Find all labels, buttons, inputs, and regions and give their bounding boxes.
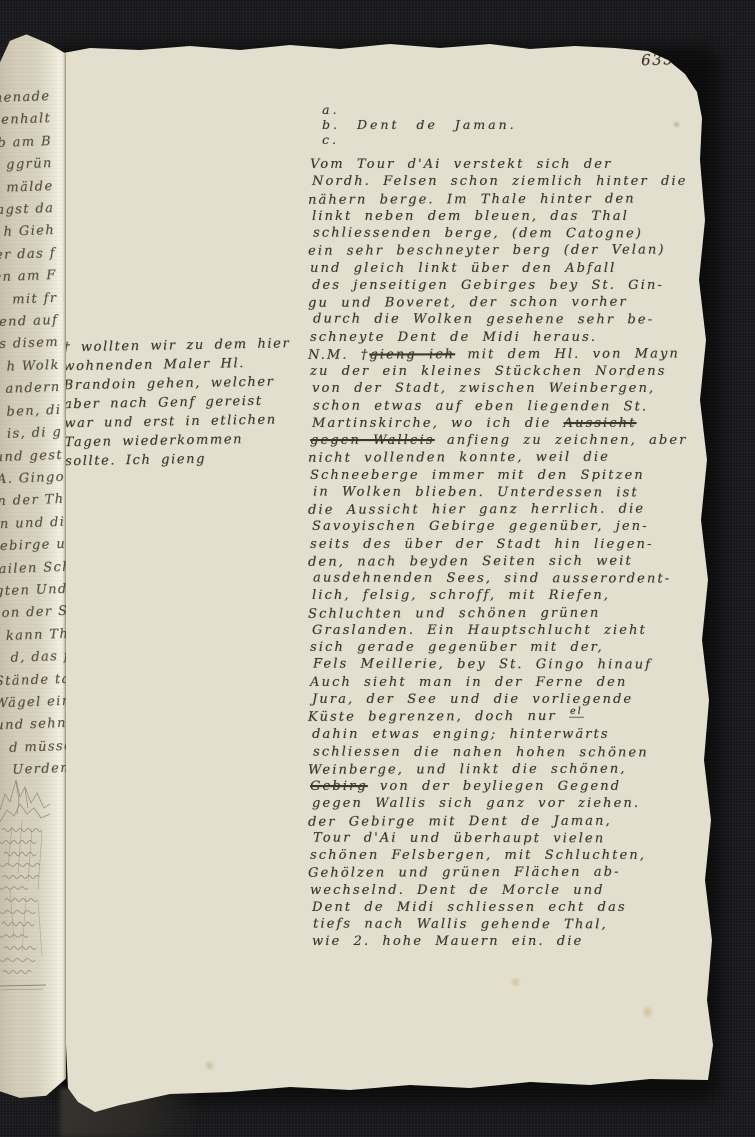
fragment-line: ggrün <box>0 153 53 178</box>
main-text-block: Vom Tour d'Ai verstekt sich derNordh. Fe… <box>310 156 712 951</box>
fragment-line: en und di <box>0 511 66 536</box>
fragment-line: is disem <box>0 332 59 357</box>
manuscript-line: der Gebirge mit Dent de Jaman, <box>308 812 710 831</box>
fragment-line: ib am B <box>0 131 52 156</box>
mountain-landscape-sketch <box>0 770 52 998</box>
manuscript-line: Vom Tour d'Ai verstekt sich der <box>310 156 712 173</box>
margin-note-line: sollte. Ich gieng <box>65 448 315 471</box>
manuscript-line: ausdehnenden Sees, sind ausserordent- <box>313 569 715 587</box>
fragment-line: Wägel ein <box>0 691 66 716</box>
manuscript-line: N.M. †gieng ich mit dem Hl. von Mayn <box>308 345 710 364</box>
fragment-line: romenade <box>0 86 51 111</box>
fragment-line: is, di g <box>0 422 63 447</box>
manuscript-line: nicht vollenden konnte, weil die <box>308 449 710 468</box>
manuscript-line: Tour d'Ai und überhaupt vielen <box>313 829 715 847</box>
manuscript-line: Nordh. Felsen schon ziemlich hinter die <box>312 173 714 190</box>
manuscript-line: wie 2. hohe Mauern ein. die <box>312 933 714 950</box>
manuscript-line: gegen Wallis sich ganz vor ziehen. <box>312 795 714 812</box>
margin-note: † wollten wir zu dem hierwohnenden Maler… <box>63 334 315 471</box>
fragment-line: Gebirge u <box>0 534 66 559</box>
heading-line: a. <box>322 102 517 117</box>
foxing-stain <box>203 1060 216 1071</box>
manuscript-line: den, nach beyden Seiten sich weit <box>308 552 710 571</box>
fragment-line: von der S <box>0 601 66 626</box>
fragment-line: mit fr <box>0 288 58 313</box>
manuscript-line: sich gerade gegenüber mit der, <box>310 639 712 656</box>
manuscript-line: nähern berge. Im Thale hinter den <box>308 190 710 209</box>
heading-line: c. <box>322 132 517 147</box>
manuscript-line: Schluchten und schönen grünen <box>308 604 710 623</box>
manuscript-line: dahin etwas enging; hinterwärts <box>312 726 714 743</box>
previous-page-edge: romenadentenhaltib am Bggrünmäldeagst da… <box>0 28 66 1100</box>
fragment-line: en am F <box>0 265 57 290</box>
manuscript-line: ein sehr beschneyter berg (der Velan) <box>308 242 710 261</box>
foxing-stain <box>509 977 522 987</box>
manuscript-line: schliessenden berge, (dem Catogne) <box>313 224 715 242</box>
manuscript-line: schönen Felsbergen, mit Schluchten, <box>310 847 712 864</box>
fragment-line: d müsse <box>0 735 66 760</box>
manuscript-line: Auch sieht man in der Ferne den <box>310 674 712 691</box>
manuscript-line: gu und Boveret, der schon vorher <box>308 293 710 312</box>
foxing-stain <box>672 121 681 128</box>
fragment-line: in der Th <box>0 489 65 514</box>
manuscript-line: lich, felsig, schroff, mit Riefen, <box>312 587 714 604</box>
fragment-line: igten Und <box>0 579 66 604</box>
fragment-line: agst da <box>0 198 55 223</box>
manuscript-line: Martinskirche, wo ich die Aussicht <box>312 415 714 432</box>
manuscript-line: Gebirg von der beyliegen Gegend <box>310 778 712 795</box>
manuscript-line: in Wolken blieben. Unterdessen ist <box>313 483 715 501</box>
manuscript-line: tiefs nach Wallis gehende Thal, <box>313 915 715 933</box>
manuscript-line: wechselnd. Dent de Morcle und <box>310 882 712 899</box>
manuscript-line: Weinberge, und linkt die schönen, <box>308 760 710 779</box>
fragment-line: Stände ta <box>0 668 66 693</box>
manuscript-line: Schneeberge immer mit den Spitzen <box>310 467 712 484</box>
manuscript-line: die Aussicht hier ganz herrlich. die <box>308 500 710 519</box>
manuscript-line: schneyte Dent de Midi heraus. <box>310 329 712 346</box>
manuscript-line: Küste begrenzen, doch nur el <box>308 707 710 727</box>
photo-backdrop-cloth: 635. a.b. Dent de Jaman.c. † wollten wir… <box>0 0 755 1137</box>
fragment-line: mälde <box>0 176 54 201</box>
manuscript-line: von der Stadt, zwischen Weinbergen, <box>312 380 714 397</box>
fragment-line: is andern <box>0 377 61 402</box>
manuscript-line: gegen Walleis anfieng zu zeichnen, aber <box>310 432 712 449</box>
manuscript-line: Savoyischen Gebirge gegenüber, jen- <box>312 518 714 535</box>
manuscript-line: Dent de Midi schliessen echt das <box>312 899 714 916</box>
foxing-stain <box>640 1006 655 1018</box>
fragment-line: er das f <box>0 243 56 268</box>
manuscript-line: Jura, der See und die vorliegende <box>312 691 714 708</box>
manuscript-line: schon etwas auf eben liegenden St. <box>313 397 715 415</box>
fragment-line: h Wolk <box>0 355 60 380</box>
section-heading: a.b. Dent de Jaman.c. <box>322 102 517 147</box>
manuscript-line: linkt neben dem bleuen, das Thal <box>312 208 714 225</box>
fragment-line: chend auf <box>0 310 59 335</box>
fragment-line: und gest <box>0 444 63 469</box>
manuscript-line: schliessen die nahen hohen schönen <box>313 743 715 761</box>
fragment-line: d, das f <box>0 646 66 671</box>
fragment-line: mailen Sch <box>0 556 66 581</box>
fragment-line: ben, di <box>0 399 62 424</box>
fragment-line: h Gieh <box>0 220 55 245</box>
manuscript-line: Fels Meillerie, bey St. Gingo hinauf <box>313 656 715 674</box>
fragment-line: e kann Th <box>0 623 66 648</box>
manuscript-line: des jenseitigen Gebirges bey St. Gin- <box>312 277 714 294</box>
fragment-line: ntenhalt <box>0 108 52 133</box>
heading-line: b. Dent de Jaman. <box>322 117 517 132</box>
fragment-line: und sehn, <box>0 713 66 738</box>
manuscript-line: und gleich linkt über den Abfall <box>310 260 712 277</box>
manuscript-page: 635. a.b. Dent de Jaman.c. † wollten wir… <box>0 0 755 1137</box>
manuscript-line: seits des über der Stadt hin liegen- <box>310 536 712 553</box>
manuscript-line: Graslanden. Ein Hauptschlucht zieht <box>312 622 714 639</box>
manuscript-line: durch die Wolken gesehene sehr be- <box>313 311 715 329</box>
manuscript-line: zu der ein kleines Stückchen Nordens <box>310 363 712 380</box>
manuscript-line: Gehölzen und grünen Flächen ab- <box>308 864 710 883</box>
fragment-line: d A. Gingo <box>0 467 64 492</box>
previous-page-text-fragments: romenadentenhaltib am Bggrünmäldeagst da… <box>0 86 66 783</box>
